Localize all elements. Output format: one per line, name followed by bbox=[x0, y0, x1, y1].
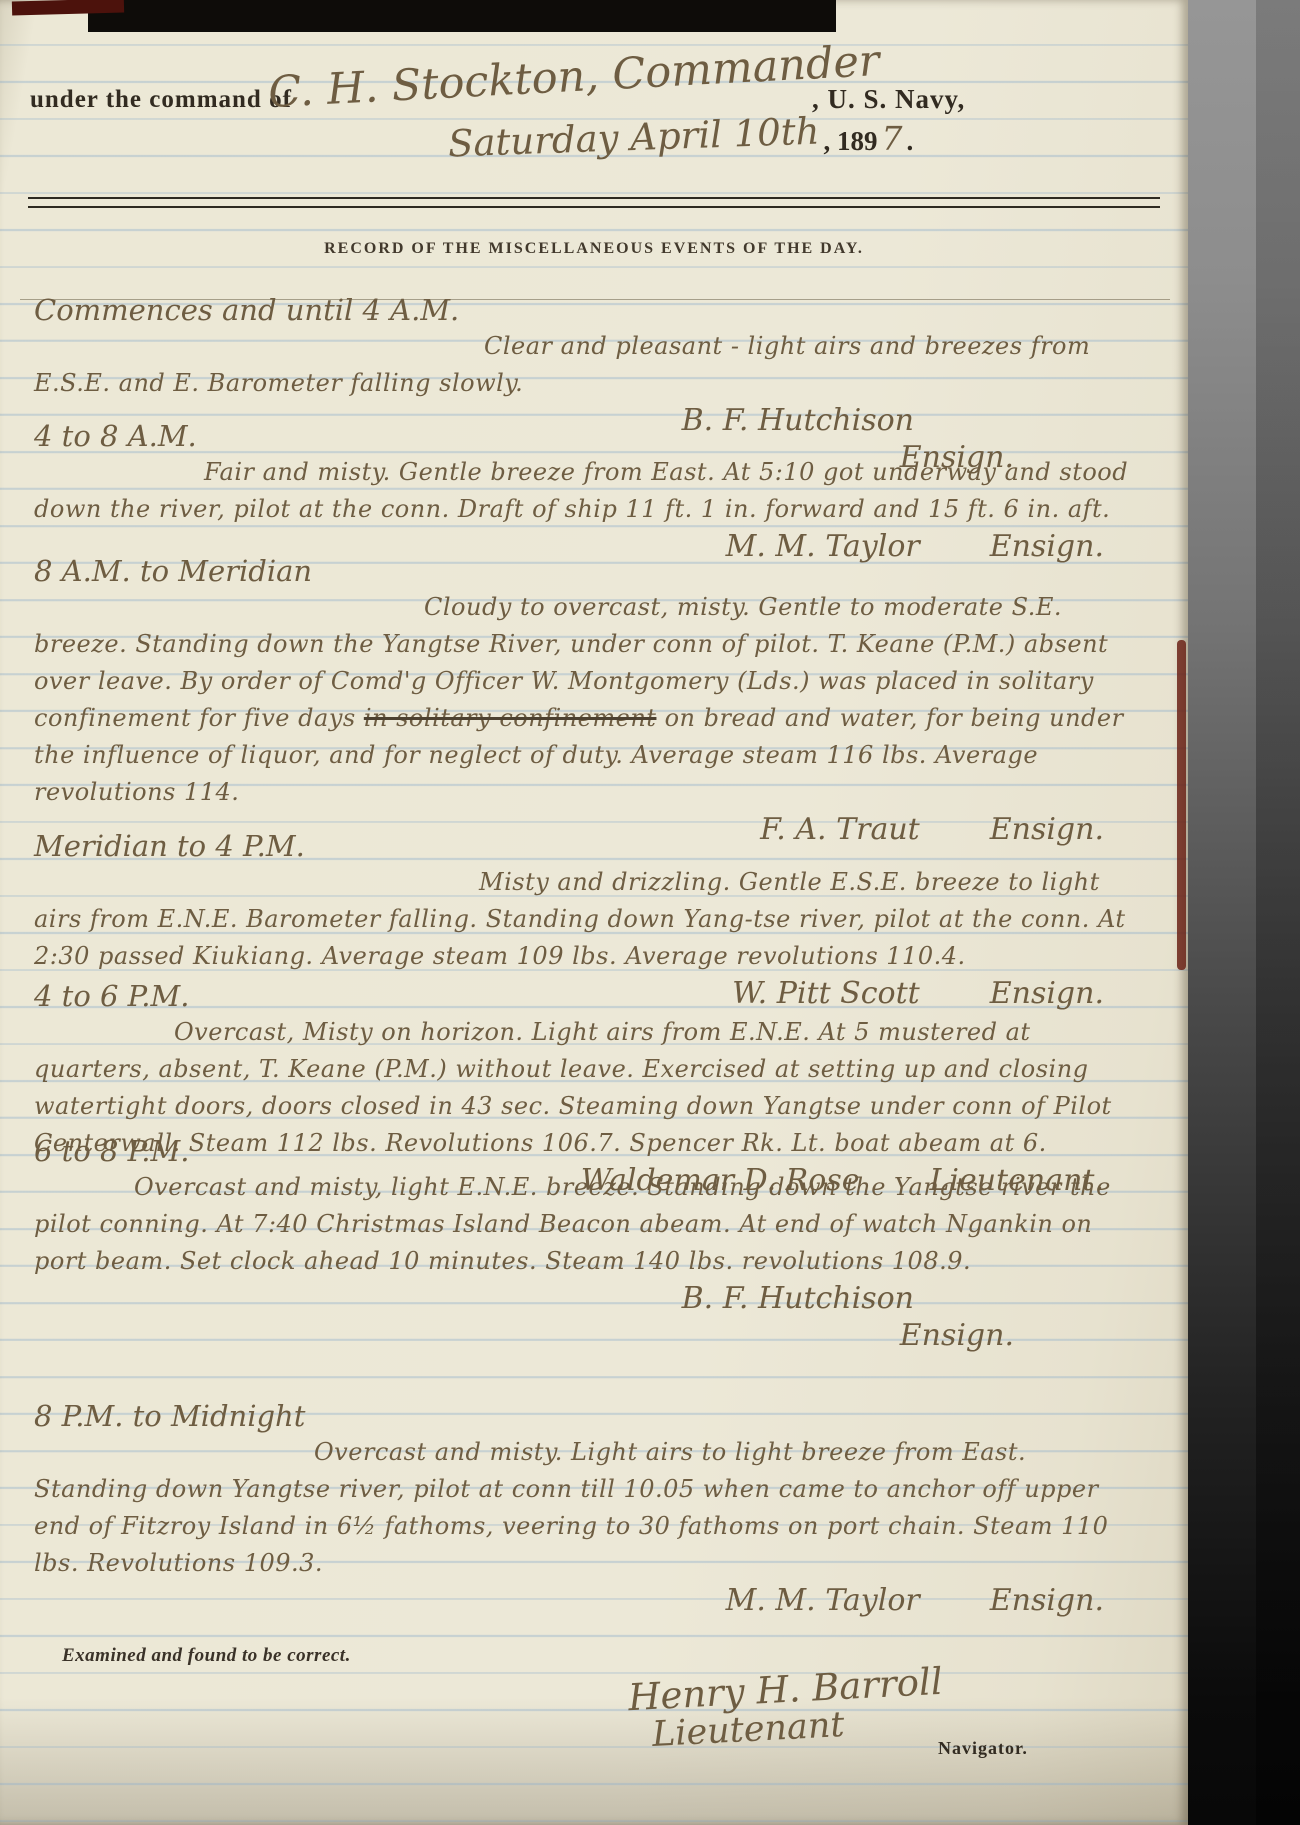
entry-heading: Meridian to 4 P.M. bbox=[34, 828, 1142, 864]
log-entry: 8 A.M. to Meridian Cloudy to overcast, m… bbox=[34, 553, 1142, 848]
entry-heading: Commences and until 4 A.M. bbox=[34, 292, 1142, 328]
log-entry: 8 P.M. to Midnight Overcast and misty. L… bbox=[34, 1398, 1142, 1619]
entry-heading: 8 P.M. to Midnight bbox=[34, 1398, 1142, 1434]
entry-heading: 4 to 8 A.M. bbox=[34, 418, 1142, 454]
logbook-page: under the command of C. H. Stockton, Com… bbox=[0, 0, 1188, 1825]
navigator-label: Navigator. bbox=[938, 1738, 1028, 1759]
entry-body: Cloudy to overcast, misty. Gentle to mod… bbox=[34, 589, 1142, 811]
entry-body: Clear and pleasant - light airs and bree… bbox=[34, 328, 1142, 402]
entry-heading: 6 to 8 P.M. bbox=[34, 1133, 1142, 1169]
signature-name: B. F. Hutchison bbox=[682, 1280, 914, 1317]
signature-rank: Ensign. bbox=[900, 1317, 1014, 1354]
entry-body: Misty and drizzling. Gentle E.S.E. breez… bbox=[34, 864, 1142, 975]
entry-signature: M. M. Taylor Ensign. bbox=[34, 1582, 1142, 1619]
entry-body: Fair and misty. Gentle breeze from East.… bbox=[34, 454, 1142, 528]
examined-statement: Examined and found to be correct. bbox=[62, 1645, 351, 1667]
entry-heading: 4 to 6 P.M. bbox=[34, 978, 1142, 1014]
entry-signature: B. F. Hutchison Ensign. bbox=[34, 1280, 1142, 1354]
log-entry: 4 to 8 A.M. Fair and misty. Gentle breez… bbox=[34, 418, 1142, 565]
signature-rank: Ensign. bbox=[990, 1582, 1104, 1619]
entry-body: Overcast and misty. Light airs to light … bbox=[34, 1434, 1142, 1582]
backdrop-shadow bbox=[1256, 0, 1300, 1825]
logbook-photo: { "page": { "header": { "printed_prefix"… bbox=[0, 0, 1300, 1825]
log-entries: Commences and until 4 A.M. Clear and ple… bbox=[0, 0, 1188, 1825]
log-entry: 6 to 8 P.M. Overcast and misty, light E.… bbox=[34, 1133, 1142, 1354]
entry-body: Overcast and misty, light E.N.E. breeze.… bbox=[34, 1169, 1142, 1280]
signature-name: M. M. Taylor bbox=[726, 1582, 920, 1619]
book-fore-edge bbox=[1177, 640, 1186, 970]
entry-heading: 8 A.M. to Meridian bbox=[34, 553, 1142, 589]
book-top-edge bbox=[88, 0, 836, 32]
